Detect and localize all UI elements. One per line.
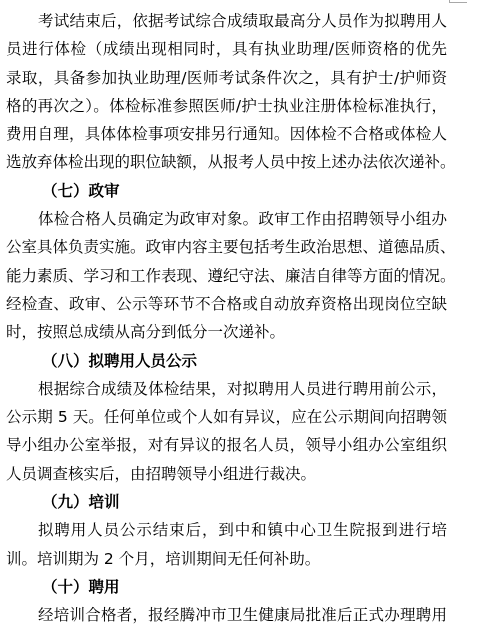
paragraph-line: 公示期 5 天。任何单位或个人如有异议，应在公示期间向招聘领 (6, 403, 447, 431)
paragraph-line: 导小组办公室举报，对有异议的报名人员，领导小组办公室组织 (6, 431, 447, 459)
paragraph-line: 考试结束后，依据考试综合成绩取最高分人员作为拟聘用人 (6, 7, 447, 35)
paragraph-line: 根据综合成绩及体检结果，对拟聘用人员进行聘用前公示， (6, 375, 447, 403)
paragraph-line: 员进行体检（成绩出现相同时，具有执业助理/医师资格的优先 (6, 35, 447, 63)
paragraph-line: 选放弃体检出现的职位缺额，从报考人员中按上述办法依次递补。 (6, 148, 447, 176)
page-corner-mark (449, 0, 467, 3)
paragraph-line: 训。培训期为 2 个月，培训期间无任何补助。 (6, 545, 447, 573)
paragraph-line: 时，按照总成绩从高分到低分一次递补。 (6, 318, 447, 346)
section-heading-candidate-publicity: （八）拟聘用人员公示 (6, 347, 447, 375)
paragraph-line: 能力素质、学习和工作表现、遵纪守法、廉洁自律等方面的情况。 (6, 262, 447, 290)
document-page: 考试结束后，依据考试综合成绩取最高分人员作为拟聘用人 员进行体检（成绩出现相同时… (6, 7, 447, 630)
paragraph-line: 公室具体负责实施。政审内容主要包括考生政治思想、道德品质、 (6, 233, 447, 261)
section-heading-political-review: （七）政审 (6, 177, 447, 205)
paragraph-line: 费用自理，具体体检事项安排另行通知。因体检不合格或体检人 (6, 120, 447, 148)
section-heading-training: （九）培训 (6, 488, 447, 516)
paragraph-line: 格的再次之）。体检标准参照医师/护士执业注册体检标准执行， (6, 92, 447, 120)
paragraph-line: 拟聘用人员公示结束后，到中和镇中心卫生院报到进行培 (6, 516, 447, 544)
paragraph-line: 人员调查核实后，由招聘领导小组进行裁决。 (6, 460, 447, 488)
paragraph-line: 录取，具备参加执业助理/医师考试条件次之，具有护士/护师资 (6, 64, 447, 92)
section-heading-employment: （十）聘用 (6, 573, 447, 601)
paragraph-line: 体检合格人员确定为政审对象。政审工作由招聘领导小组办 (6, 205, 447, 233)
paragraph-line: 经培训合格者，报经腾冲市卫生健康局批准后正式办理聘用 (6, 601, 447, 629)
paragraph-line: 经检查、政审、公示等环节不合格或自动放弃资格出现岗位空缺 (6, 290, 447, 318)
